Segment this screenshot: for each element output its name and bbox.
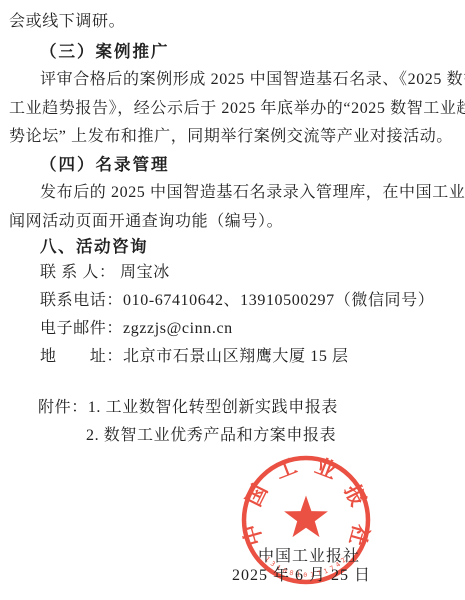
contact-label: 联 系 人： bbox=[40, 262, 120, 284]
section3-line-1: 评审合格后的案例形成 2025 中国智造基石名录、《2025 数智 bbox=[9, 69, 459, 91]
signature-date: 2025 年 6 月 25 日 bbox=[232, 562, 371, 585]
contact-value: 周宝冰 bbox=[120, 264, 170, 281]
contact-label: 地 址： bbox=[40, 346, 123, 368]
contact-row-address: 地 址：北京市石景山区翔鹰大厦 15 层 bbox=[9, 346, 459, 368]
contact-label: 电子邮件： bbox=[40, 318, 123, 340]
document-page: 会或线下调研。 （三）案例推广 评审合格后的案例形成 2025 中国智造基石名录… bbox=[0, 0, 465, 600]
contact-value: 北京市石景山区翔鹰大厦 15 层 bbox=[123, 348, 349, 365]
attachments-label: 附件： bbox=[38, 397, 88, 419]
contact-value: 010-67410642、13910500297（微信同号） bbox=[123, 292, 434, 309]
contact-label: 联系电话： bbox=[40, 290, 123, 312]
section3-heading: （三）案例推广 bbox=[9, 41, 459, 63]
section4-line-2: 闻网活动页面开通查询功能（编号）。 bbox=[9, 211, 459, 233]
contact-row-email: 电子邮件：zgzzjs@cinn.cn bbox=[9, 318, 459, 340]
attachments-row-2: 2. 数智工业优秀产品和方案申报表 bbox=[86, 425, 459, 447]
contact-row-phone: 联系电话：010-67410642、13910500297（微信同号） bbox=[9, 290, 459, 312]
attachment-item: 1. 工业数智化转型创新实践申报表 bbox=[88, 399, 338, 416]
section4-line-1: 发布后的 2025 中国智造基石名录录入管理库，在中国工业新 bbox=[9, 182, 459, 204]
section8-heading: 八、活动咨询 bbox=[9, 236, 459, 258]
section3-line-2: 工业趋势报告》，经公示后于 2025 年底举办的“2025 数智工业趋 bbox=[9, 98, 459, 120]
attachment-item: 2. 数智工业优秀产品和方案申报表 bbox=[86, 427, 336, 444]
attachments-row-1: 附件：1. 工业数智化转型创新实践申报表 bbox=[38, 397, 459, 419]
seal-star-icon bbox=[284, 496, 328, 538]
contact-value: zgzzjs@cinn.cn bbox=[123, 320, 233, 337]
section3-line-3: 势论坛” 上发布和推广，同期举行案例交流等产业对接活动。 bbox=[9, 126, 459, 148]
section4-heading: （四）名录管理 bbox=[9, 154, 459, 176]
contact-row-person: 联 系 人：周宝冰 bbox=[9, 262, 459, 284]
intro-line: 会或线下调研。 bbox=[9, 11, 459, 33]
